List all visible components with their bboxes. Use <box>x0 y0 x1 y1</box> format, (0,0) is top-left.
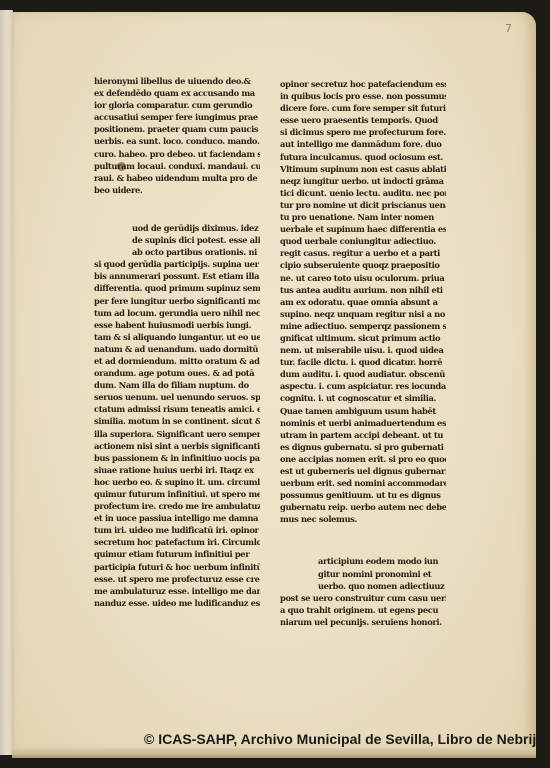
paragraph-gap <box>280 525 446 555</box>
text-line: neqz iungitur uerbo. ut indocti grāma <box>280 175 446 187</box>
text-line: possumus genitiuum. ut tu es dignus <box>280 489 446 501</box>
text-line: si quod gerūdia participijs. supina uer <box>94 258 260 270</box>
text-line: one accipias nomen erit. si pro eo quod <box>280 453 446 465</box>
text-line: per fere iungitur uerbo significanti mo <box>94 295 260 307</box>
text-line: ab octo partibus orationis. ni <box>94 246 260 258</box>
text-line: tum iri. uideo me ludificatū iri. opinor <box>94 524 260 536</box>
text-line: pulturam locaui. conduxi. mandaui. cu <box>94 160 260 172</box>
text-line: et ad dormiendum. mitto oratum & ad <box>94 355 260 367</box>
text-line: quod uerbale coniungitur adiectiuo. <box>280 235 446 247</box>
text-line: hieronymi libellus de uiuendo deo.& <box>94 75 260 87</box>
text-line: tus antea auditu aurium. non nihil eti <box>280 284 446 296</box>
text-line: siuae ratione huius uerbi iri. Itaqz ex <box>94 464 260 476</box>
text-line: uerbum erit. sed nomini accommodare <box>280 477 446 489</box>
manuscript-page <box>12 12 536 757</box>
text-line: gitur nomini pronomini et <box>280 568 446 580</box>
text-line: tur pro nomine ut dicit priscianus uena <box>280 199 446 211</box>
text-line: gubernatu reip. uerbo autem nec debe <box>280 501 446 513</box>
text-line: uerbo. quo nomen adiectiuuz <box>280 580 446 592</box>
text-line: dum. Nam illa do filiam nuptum. do <box>94 379 260 391</box>
text-line: natum & ad uenandum. uado dormitū <box>94 343 260 355</box>
left-paragraph-1: hieronymi libellus de uiuendo deo.& ex d… <box>94 75 260 196</box>
text-line: regit casus. regitur a uerbo et a parti <box>280 247 446 259</box>
text-line: in quibus locis pro esse. non possumus <box>280 90 446 102</box>
text-line: quimur etiam futurum infinitiui per <box>94 548 260 560</box>
right-paragraph-2: articipium eodem modo iun gitur nomini p… <box>280 555 446 628</box>
text-line: illa superiora. Significant uero semper <box>94 428 260 440</box>
text-line: actionem nisi sint a uerbis significanti <box>94 440 260 452</box>
text-line: tam & si aliquando iungantur. ut eo ue <box>94 331 260 343</box>
text-line: uod de gerūdijs diximus. idez <box>94 222 260 234</box>
text-line: esse habent huiusmodi uerbis iungi. <box>94 319 260 331</box>
right-paragraph-1: opinor secretuz hoc patefaciendum esse i… <box>280 78 446 525</box>
text-line: tu pro uenatione. Nam inter nomen <box>280 211 446 223</box>
text-line: mus nec solemus. <box>280 513 446 525</box>
text-line: mine adiectiuo. semperqz passionem si <box>280 320 446 332</box>
text-line: articipium eodem modo iun <box>280 555 446 567</box>
text-line: ne. ut careo toto uisu oculorum. priua <box>280 272 446 284</box>
text-line: a quo trahit originem. ut egens pecu <box>280 604 446 616</box>
text-line: supino. neqz unquam regitur nisi a no <box>280 308 446 320</box>
text-line: ctatum admissi risum teneatis amici. et <box>94 403 260 415</box>
text-line: seruos uenum. uel uenundo seruos. spe <box>94 391 260 403</box>
folio-number: 7 <box>505 22 512 35</box>
text-line: ior gloria comparatur. cum gerundio <box>94 99 260 111</box>
text-line: opinor secretuz hoc patefaciendum esse <box>280 78 446 90</box>
paragraph-gap <box>94 196 260 222</box>
text-line: futura inculcamus. quod ociosum est. <box>280 151 446 163</box>
text-line: de supinis dici potest. esse alias <box>94 234 260 246</box>
text-line: aut intelligo me damnādum fore. duo <box>280 138 446 150</box>
text-line: secretum hoc patefactum iri. Circumlo <box>94 536 260 548</box>
text-line: profectum ire. credo me ire ambulatuz <box>94 500 260 512</box>
text-line: orandum. age potum oues. & ad potā <box>94 367 260 379</box>
text-line: esse uero praesentis temporis. Quod <box>280 114 446 126</box>
text-line: differentia. quod primum supinuz sem <box>94 282 260 294</box>
text-line: similia. motum in se continent. sicut & <box>94 415 260 427</box>
left-text-column: hieronymi libellus de uiuendo deo.& ex d… <box>94 75 260 609</box>
text-line: nominis et uerbi animaduertendum est <box>280 417 446 429</box>
text-line: niarum uel pecunijs. seruiens honori. <box>280 616 446 628</box>
text-line: esse. ut spero me profecturuz esse credo <box>94 573 260 585</box>
text-line: uerbale et supinum haec differentia est <box>280 223 446 235</box>
text-line: ex defendēdo quam ex accusando ma <box>94 87 260 99</box>
right-text-column: opinor secretuz hoc patefaciendum esse i… <box>280 78 446 628</box>
text-line: est ut guberneris uel dignus gubernari <box>280 465 446 477</box>
text-line: nem. ut miserabile uisu. i. quod uidea <box>280 344 446 356</box>
text-line: raui. & habeo uidendum multa pro de <box>94 172 260 184</box>
text-line: es dignus gubernatu. si pro gubernati <box>280 441 446 453</box>
text-line: nanduz esse. uideo me ludificanduz esse. <box>94 597 260 609</box>
text-line: bus passionem & in infinitiuo uocis pas <box>94 452 260 464</box>
text-line: si dicimus spero me profecturum fore. <box>280 126 446 138</box>
text-line: hoc uerbo eo. & supino it. um. circumlo <box>94 476 260 488</box>
text-line: positionem. praeter quam cum paucis <box>94 123 260 135</box>
text-line: curo. habeo. pro debeo. ut faciendam se <box>94 148 260 160</box>
text-line: cipio subseruiente quoqz praepositio <box>280 259 446 271</box>
text-line: bis annumerari possunt. Est etiam illa <box>94 270 260 282</box>
copyright-credit: © ICAS-SAHP, Archivo Municipal de Sevill… <box>144 731 544 747</box>
text-line: am ex odoratu. quae omnia absunt a <box>280 296 446 308</box>
text-line: Quae tamen ambiguum usum habēt <box>280 405 446 417</box>
text-line: aspectu. i. cum aspiciatur. res iocunda <box>280 380 446 392</box>
left-paragraph-2: uod de gerūdijs diximus. idez de supinis… <box>94 222 260 609</box>
text-line: beo uidere. <box>94 184 260 196</box>
text-line: accusatiui semper fere iungimus prae <box>94 111 260 123</box>
text-line: utram in partem accipi debeant. ut tu <box>280 429 446 441</box>
text-line: participia futuri & hoc uerbum infinitū <box>94 561 260 573</box>
text-line: et in uoce passiua intelligo me damna <box>94 512 260 524</box>
text-line: dum auditu. i. quod audiatur. obscenū <box>280 368 446 380</box>
text-line: dicere fore. cum fore semper sit futuri. <box>280 102 446 114</box>
text-line: tici dicunt. uenio lectu. auditu. nec po… <box>280 187 446 199</box>
page-bottom-edge <box>12 748 536 758</box>
text-line: gnificat ultimum. sicut primum actio <box>280 332 446 344</box>
text-line: tur. facile dictu. i. quod dicatur. horr… <box>280 356 446 368</box>
text-line: post se uero construitur cum casu uerbi <box>280 592 446 604</box>
text-line: cognitu. i. ut cognoscatur et similia. <box>280 392 446 404</box>
text-line: tum ad locum. gerundia uero nihil nec <box>94 307 260 319</box>
text-line: me ambulaturuz esse. intelligo me dam <box>94 585 260 597</box>
text-line: uerbis. ea sunt. loco. conduco. mando. <box>94 135 260 147</box>
text-line: quimur futurum infinitiui. ut spero me <box>94 488 260 500</box>
text-line: Vltimum supinum non est casus ablatiui. <box>280 163 446 175</box>
